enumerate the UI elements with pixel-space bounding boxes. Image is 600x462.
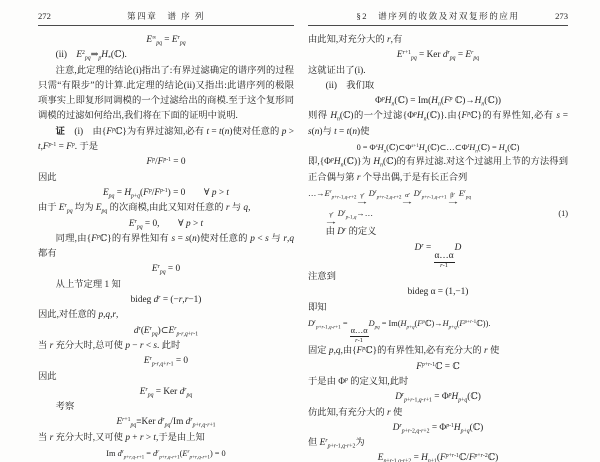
display-formula: Er+1pq = Ker drpq = Erpq [308, 48, 568, 63]
display-formula: E∞pq = Erpq [38, 33, 294, 48]
paragraph: 由 Dr 的定义 [308, 225, 568, 240]
page-body-right: 由此知,对充分大的 r,有Er+1pq = Ker drpq = Erpq这就证… [308, 33, 568, 462]
underbrace: α…αr-1 [350, 327, 369, 344]
display-formula: Erpq = 0 [38, 262, 294, 277]
labeled-arrow: αr→ [403, 193, 411, 206]
display-formula: Er+1pq≡Ker drpq/Im drp+r,q-r+1 [38, 415, 294, 430]
display-formula: Fp+r-1ℂ = ℂ [308, 360, 568, 375]
paragraph: 即知 [308, 301, 568, 316]
display-formula: bideg dr = (−r,r−1) [38, 293, 294, 308]
display-formula: Im drp+r,q-r+1 = drp+r,q-r+1(Erp+r,q-r+1… [38, 446, 294, 461]
display-formula: …→Erp+r-1,q-r+2γr→Drp+r-2,q-r+2αr→Drp+r-… [308, 186, 568, 206]
paragraph: 因此 [38, 171, 294, 186]
paragraph: 注意,此定理的结论(i)指出了:有界过滤确定的谱序列的过程只需“有限步”的计算.… [38, 64, 294, 125]
labeled-arrow: γr→ [358, 193, 366, 206]
display-formula: Erpq = 0, ∀ p > t [38, 217, 294, 232]
display-formula: Erpq = Ker drpq [38, 385, 294, 400]
paragraph: 这就证出了(i). [308, 64, 568, 79]
equation-number: (1) [558, 206, 568, 221]
paragraph: (ii) E2pq⇒pH*(ℂ). [38, 48, 294, 63]
paragraph: 固定 p,q,由{Fpℂ}的有界性知,必有充分大的 r 使 [308, 344, 568, 359]
display-formula: 0 = ΦsHn(ℂ)⊂Φs+1Hn(ℂ)⊂…⊂ΦtHn(ℂ) = Hn(ℂ) [308, 140, 568, 155]
display-formula: Epq = Hp+q(Fp/Fp-1) = 0 ∀ p > t [38, 186, 294, 201]
paragraph: 从上节定理 1 知 [38, 278, 294, 293]
paragraph: 注意到 [308, 270, 568, 285]
chapter-title: 第四章 谱 序 列 [70, 10, 262, 22]
paragraph: 即,{ΦpHn(ℂ)}为 Hn(ℂ)的有界过滤.对这个过滤用上节的方法得到正合偶… [308, 155, 568, 186]
display-formula: γr→Drp-1,q→…(1) [308, 206, 568, 226]
page-header: §2 谱序列的收敛及对双复形的应用 273 [308, 10, 568, 26]
page-header: 272 第四章 谱 序 列 [38, 10, 294, 26]
paragraph: 证 (i) 由{Fpℂ}为有界过滤知,必有 t = t(n)使对任意的 p > … [38, 125, 294, 156]
page-right: §2 谱序列的收敛及对双复形的应用 273 由此知,对充分大的 r,有Er+1p… [308, 10, 568, 462]
paragraph: 因此,对任意的 p,q,r, [38, 308, 294, 323]
labeled-arrow: βr→ [449, 193, 457, 206]
labeled-arrow: γr→ [327, 212, 335, 225]
display-formula: Drp+r-1,q-r+1 = α…αr-1Dpq = Im(Hp+q(Fpℂ)… [308, 316, 568, 344]
paragraph: 于是由 Φp 的定义知,此时 [308, 375, 568, 390]
paragraph: 考察 [38, 400, 294, 415]
paragraph: 由此知,对充分大的 r,有 [308, 33, 568, 48]
page-number: 272 [38, 11, 70, 21]
page-body-left: E∞pq = Erpq(ii) E2pq⇒pH*(ℂ).注意,此定理的结论(i)… [38, 33, 294, 461]
paragraph: 则得 Hn(ℂ)的一个过滤{ΦpHn(ℂ)}.由{Fpℂ}的有界性知,必有 s … [308, 109, 568, 140]
paragraph: (ii) 我们取 [308, 79, 568, 94]
paragraph: 因此 [38, 370, 294, 385]
section-title: §2 谱序列的收敛及对双复形的应用 [340, 10, 536, 22]
book-spread: 272 第四章 谱 序 列 E∞pq = Erpq(ii) E2pq⇒pH*(ℂ… [0, 0, 600, 462]
display-formula: Drp+r-2,q-r+2 = Φp-1Hp+q(ℂ) [308, 421, 568, 436]
display-formula: ΦpHn(ℂ) = Im(Hn(Fp ℂ)→Hn(ℂ)) [308, 94, 568, 109]
paragraph: 当 r 充分大时,总可使 p − r < s. 此时 [38, 339, 294, 354]
display-formula: Fp/Fp-1 = 0 [38, 155, 294, 170]
paragraph: 由于 Erpq 均为 Epq 的次商模,由此又知对任意的 r 与 q, [38, 201, 294, 216]
display-formula: bideg α = (1,−1) [308, 285, 568, 300]
paragraph: 同理,由{Fpℂ}的有界性知有 s = s(n)使对任意的 p < s 与 r,… [38, 232, 294, 263]
underbrace: α…αr-1 [434, 252, 455, 270]
display-formula: Drp+r-1,q-r+1 = ΦpHp+q(ℂ) [308, 390, 568, 405]
page-left: 272 第四章 谱 序 列 E∞pq = Erpq(ii) E2pq⇒pH*(ℂ… [38, 10, 294, 461]
display-formula: dr(Erpq)⊂Erp-r,q+r-1 [38, 324, 294, 339]
paragraph: 当 r 充分大时,又可使 p + r > t,于是由上知 [38, 431, 294, 446]
display-formula: Ep+r-1,q-r+2 = Hn+1(Fp+r-1ℂ/Fp+r-2ℂ) [308, 451, 568, 462]
page-number: 273 [536, 11, 568, 21]
paragraph: 仿此知,有充分大的 r 使 [308, 406, 568, 421]
paragraph: 但 Erp+r-1,q-r+2为 [308, 436, 568, 451]
display-formula: Dr = α…αr-1D [308, 241, 568, 270]
display-formula: Erp-r,q+r-1 = 0 [38, 354, 294, 369]
